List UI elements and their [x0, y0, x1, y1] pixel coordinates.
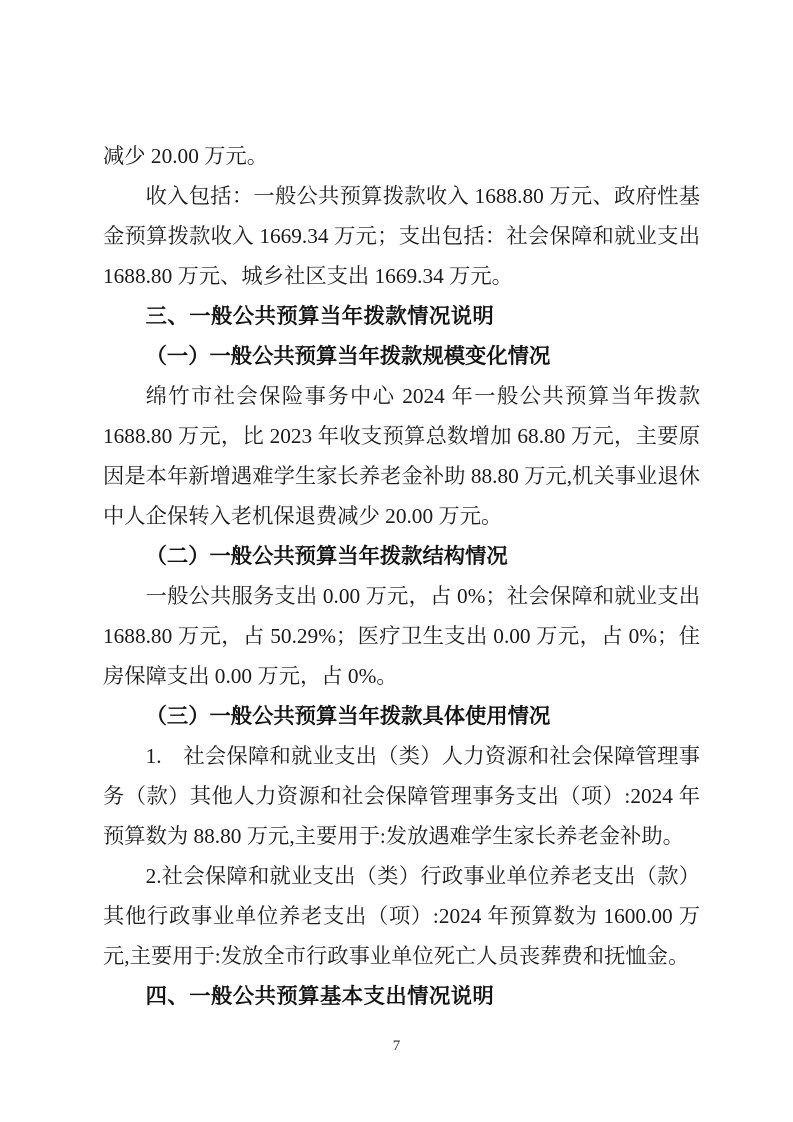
section-heading-3: 三、一般公共预算当年拨款情况说明 [103, 296, 700, 336]
paragraph-income-expense: 收入包括：一般公共预算拨款收入 1688.80 万元、政府性基金预算拨款收入 1… [103, 176, 700, 296]
document-body: 减少 20.00 万元。 收入包括：一般公共预算拨款收入 1688.80 万元、… [103, 136, 700, 1016]
document-page: 减少 20.00 万元。 收入包括：一般公共预算拨款收入 1688.80 万元、… [0, 0, 793, 1122]
page-number: 7 [0, 1036, 793, 1056]
subsection-heading-3-2: （二）一般公共预算当年拨款结构情况 [103, 536, 700, 576]
paragraph-continuation: 减少 20.00 万元。 [103, 136, 700, 176]
subsection-heading-3-1: （一）一般公共预算当年拨款规模变化情况 [103, 336, 700, 376]
paragraph-item-1: 1. 社会保障和就业支出（类）人力资源和社会保障管理事务（款）其他人力资源和社会… [103, 736, 700, 856]
subsection-heading-3-3: （三）一般公共预算当年拨款具体使用情况 [103, 696, 700, 736]
paragraph-structure: 一般公共服务支出 0.00 万元，占 0%；社会保障和就业支出 1688.80 … [103, 576, 700, 696]
section-heading-4: 四、一般公共预算基本支出情况说明 [103, 976, 700, 1016]
paragraph-scale-change: 绵竹市社会保险事务中心 2024 年一般公共预算当年拨款 1688.80 万元，… [103, 376, 700, 536]
paragraph-item-2: 2.社会保障和就业支出（类）行政事业单位养老支出（款）其他行政事业单位养老支出（… [103, 856, 700, 976]
